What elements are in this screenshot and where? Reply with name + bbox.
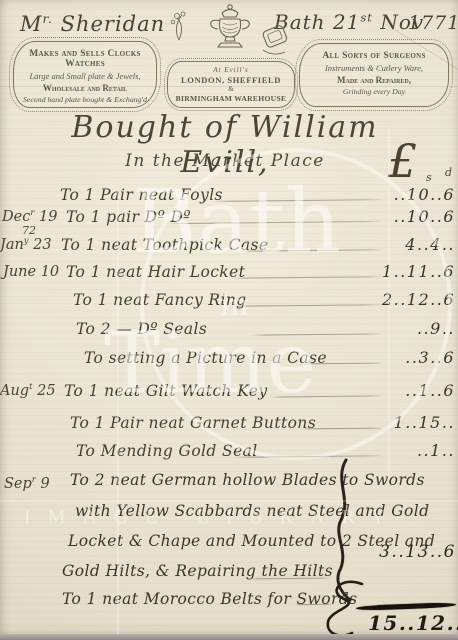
invoice-scan: Mr. Sheridan Bath 21st Nov 1771 Makes an… (0, 0, 458, 640)
line-item-description: To 1 neat Toothpick Case (61, 236, 268, 254)
line-item-description: To 1 neat Fancy Ring (73, 291, 247, 309)
sword-group-date: Sepr 9 (4, 474, 50, 492)
right-cartouche-line-3: Made and Repaired, (300, 75, 448, 85)
bill-subtitle: In the Market Place (100, 151, 350, 171)
customer-title-superscript: r. (43, 12, 53, 26)
right-cartouche-line-2: Instruments & Cutlery Ware, (300, 63, 448, 73)
line-item-date: Decr 19 (2, 207, 57, 225)
sword-group-date-month: Sep (4, 476, 32, 492)
left-cartouche-line-2: Large and Small plate & Jewels, (14, 71, 156, 81)
paper-bottom-edge (0, 634, 458, 640)
line-item-amount: 1..11..6 (379, 262, 455, 281)
customer-name: Mr. Sheridan (20, 12, 165, 36)
line-item-amount: 4..4.. (379, 235, 455, 254)
year: 1771 (408, 12, 458, 34)
left-cartouche-line-4: Second hand plate bought & Exchang'd (14, 95, 156, 104)
line-item-amount: ..10..6 (379, 185, 455, 204)
sword-group-date-day: 9 (40, 476, 49, 492)
sword-group-line-1: To 2 neat German hollow Blades to Swords (70, 471, 425, 489)
center-warehouse-panel: At Evill's LONDON, SHEFFIELD & BIRMINGHA… (167, 61, 295, 108)
ruled-line (240, 249, 382, 251)
trophy-urn-icon (163, 2, 297, 62)
line-item-amount: 1..15.. (379, 413, 455, 432)
ruled-line (300, 363, 382, 365)
center-panel-line-2: LONDON, SHEFFIELD (168, 75, 294, 85)
total-ink-stroke (356, 602, 456, 611)
total-amount: 15..12..6 (368, 611, 456, 635)
pence-column-header: d (445, 166, 452, 179)
shillings-column-header: s (426, 171, 432, 184)
ruled-line (232, 276, 382, 279)
line-item-year-note: 72 (22, 224, 36, 237)
ruled-line (252, 333, 382, 335)
left-cartouche-line-1: Makes and Sells Clocks Watches (14, 49, 156, 69)
line-item-description: To 1 Pair neat Garnet Buttons (70, 414, 316, 432)
right-cartouche-line-4: Grinding every Day (300, 87, 448, 96)
line-item-amount: ..1.. (379, 441, 455, 460)
line-item-description: To 1 neat Gilt Watch Key (64, 382, 268, 400)
fold-crease (388, 128, 390, 480)
right-cartouche-line-1: All Sorts of Surgeons (300, 51, 448, 61)
line-item-amount: ..9.. (379, 319, 455, 338)
ruled-line (168, 221, 382, 224)
line-item-amount: ..3..6 (379, 348, 455, 367)
fold-crease (117, 190, 119, 640)
right-trade-cartouche: All Sorts of Surgeons Instruments & Cutl… (299, 43, 449, 107)
line-item-date: June 10 (3, 262, 59, 280)
left-trade-cartouche: Makes and Sells Clocks Watches Large and… (13, 41, 157, 108)
ruled-line (212, 199, 382, 202)
fold-crease (0, 500, 458, 502)
day: 21 (333, 10, 360, 34)
day-superscript: st (360, 10, 373, 24)
sword-group-line-2: with Yellow Scabbards neat Steel and Gol… (75, 502, 429, 520)
line-item-description: To 1 neat Hair Locket (66, 263, 245, 281)
sword-group-amount: 3..13..6 (372, 542, 456, 562)
line-item-date: Augt 25 (0, 381, 56, 399)
center-panel-line-4: BIRMINGHAM WAREHOUSE (168, 94, 294, 103)
line-item-description: To setting a Picture in a Case (84, 349, 327, 367)
sword-group-date-superscript: r (32, 474, 36, 484)
ruled-line (302, 428, 382, 430)
center-panel-line-1: At Evill's (168, 66, 294, 74)
line-item-amount: 2..12..6 (379, 290, 455, 309)
ruled-line (270, 395, 382, 397)
last-item-description: To 1 neat Morocco Belts for Swords (62, 590, 357, 608)
ruled-line (230, 304, 382, 307)
line-item-amount: ..10..6 (379, 207, 455, 226)
left-cartouche-line-3: Wholesale and Retail (14, 83, 156, 93)
customer-prefix: M (20, 12, 43, 36)
pound-sign: £ (388, 134, 417, 188)
customer-surname: Sheridan (61, 12, 166, 36)
line-item-amount: ..1..6 (379, 381, 455, 400)
fold-crease (0, 86, 458, 87)
line-item-description: To 1 Pair neat Foyls (60, 186, 223, 204)
line-item-date: Jany 23 (0, 235, 52, 253)
line-item-description: To 2 — Dº Seals (76, 320, 207, 338)
line-item-description: To Mending Gold Seal (76, 442, 258, 460)
